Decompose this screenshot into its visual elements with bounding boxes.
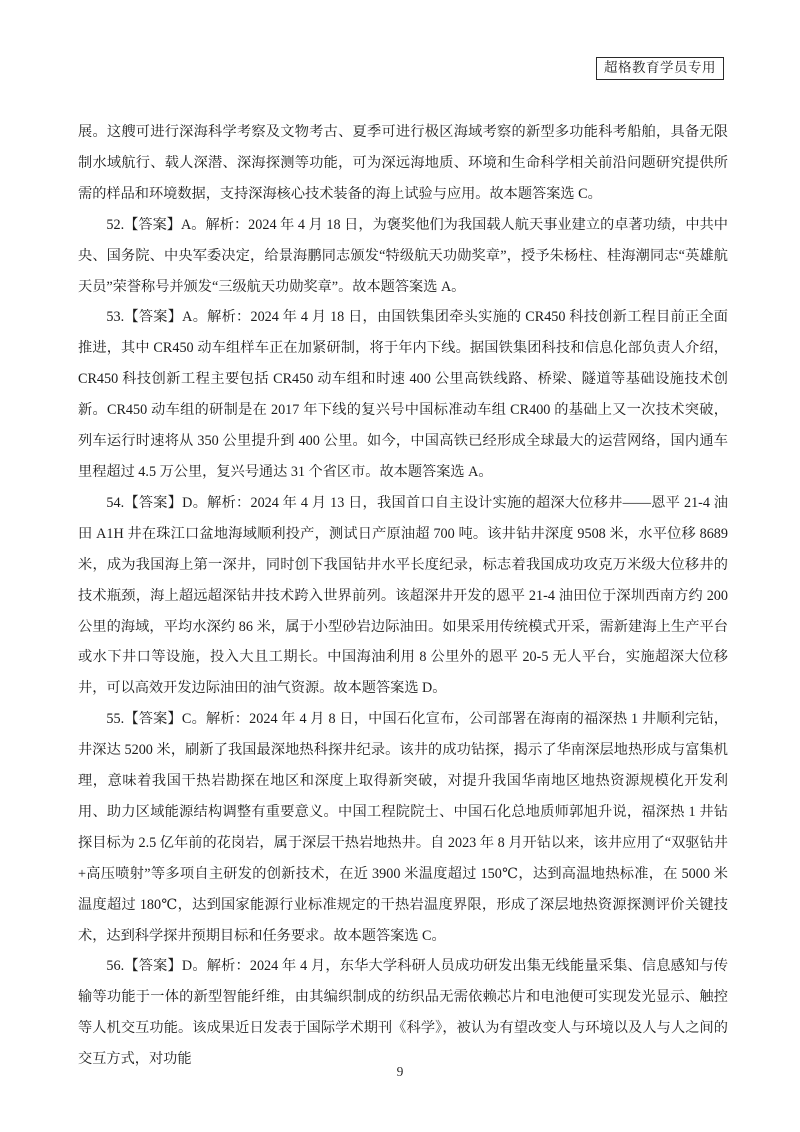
header-badge: 超格教育学员专用 [596, 57, 724, 80]
paragraph: 展。这艘可进行深海科学考察及文物考古、夏季可进行极区海域考察的新型多功能科考船舶… [78, 117, 728, 210]
answer-explanations: 展。这艘可进行深海科学考察及文物考古、夏季可进行极区海域考察的新型多功能科考船舶… [78, 117, 728, 1075]
paragraph: 54.【答案】D。解析：2024 年 4 月 13 日，我国首口自主设计实施的超… [78, 488, 728, 704]
paragraph: 56.【答案】D。解析：2024 年 4 月，东华大学科研人员成功研发出集无线能… [78, 951, 728, 1075]
paragraph: 55.【答案】C。解析：2024 年 4 月 8 日，中国石化宣布，公司部署在海… [78, 704, 728, 951]
document-page: 超格教育学员专用 展。这艘可进行深海科学考察及文物考古、夏季可进行极区海域考察的… [0, 0, 800, 1132]
page-number: 9 [0, 1064, 800, 1080]
paragraph: 53.【答案】A。解析：2024 年 4 月 18 日，由国铁集团牵头实施的 C… [78, 302, 728, 487]
paragraph: 52.【答案】A。解析：2024 年 4 月 18 日，为褒奖他们为我国载人航天… [78, 210, 728, 303]
